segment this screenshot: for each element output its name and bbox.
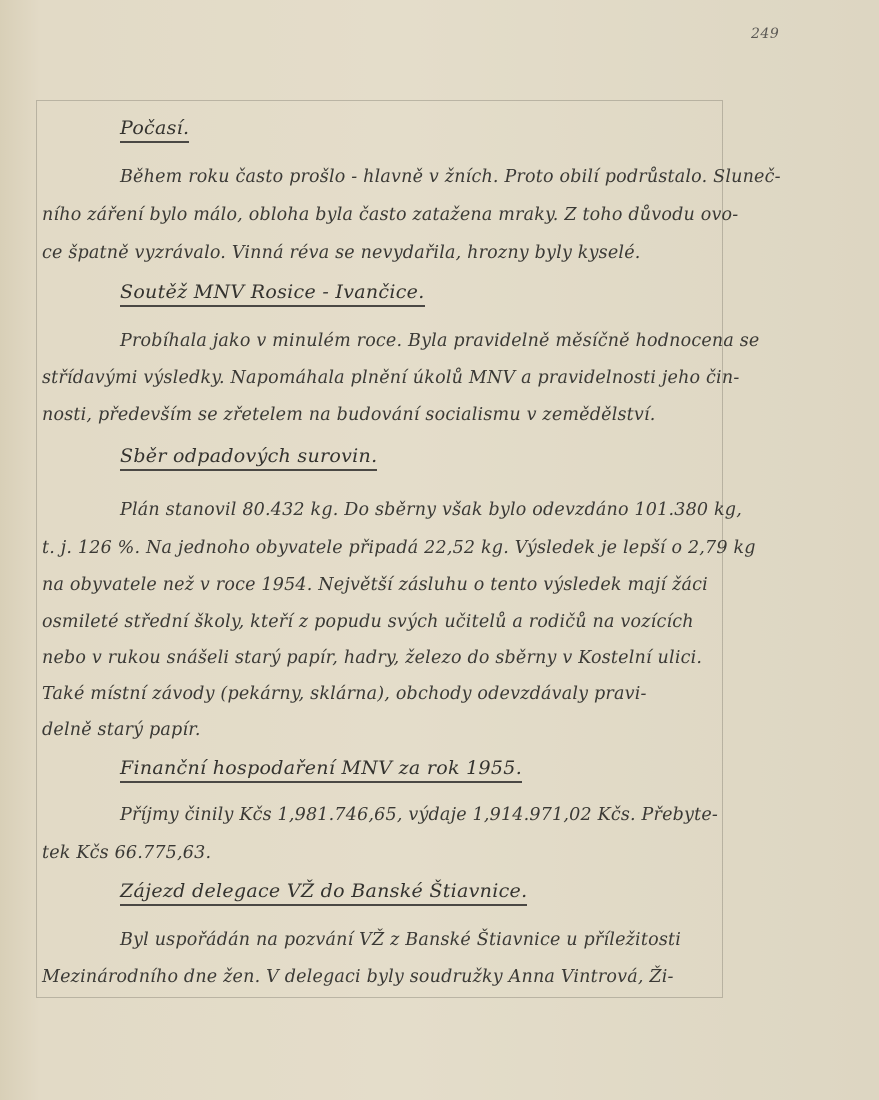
paragraph-line: delně starý papír. [42,720,201,740]
paragraph-line: Plán stanovil 80.432 kg. Do sběrny však … [120,500,742,520]
paragraph-line: Mezinárodního dne žen. V delegaci byly s… [42,967,674,987]
paragraph-line: Probíhala jako v minulém roce. Byla prav… [120,331,759,351]
paragraph-line: ce špatně vyzrávalo. Vinná réva se nevyd… [42,243,641,263]
section-heading-weather: Počasí. [120,117,189,143]
paragraph-line: nebo v rukou snášeli starý papír, hadry,… [42,648,702,668]
section-heading-delegation-trip: Zájezd delegace VŽ do Banské Štiavnice. [120,880,527,906]
paragraph-line: střídavými výsledky. Napomáhala plnění ú… [42,368,739,388]
paragraph-line: Byl uspořádán na pozvání VŽ z Banské Šti… [120,930,681,950]
paragraph-line: na obyvatele než v roce 1954. Největší z… [42,575,708,595]
page-number: 249 [751,26,779,42]
paragraph-line: Také místní závody (pekárny, sklárna), o… [42,684,647,704]
paragraph-line: nosti, především se zřetelem na budování… [42,405,656,425]
section-heading-competition: Soutěž MNV Rosice - Ivančice. [120,281,425,307]
section-heading-finance: Finanční hospodaření MNV za rok 1955. [120,757,522,783]
paragraph-line: t. j. 126 %. Na jednoho obyvatele připad… [42,538,756,558]
paragraph-line: osmileté střední školy, kteří z popudu s… [42,612,694,632]
paragraph-line: ního záření bylo málo, obloha byla často… [42,205,738,225]
paragraph-line: Příjmy činily Kčs 1,981.746,65, výdaje 1… [120,805,718,825]
section-heading-waste-collection: Sběr odpadových surovin. [120,445,377,471]
paragraph-line: tek Kčs 66.775,63. [42,843,211,863]
paragraph-line: Během roku často prošlo - hlavně v žních… [120,167,781,187]
